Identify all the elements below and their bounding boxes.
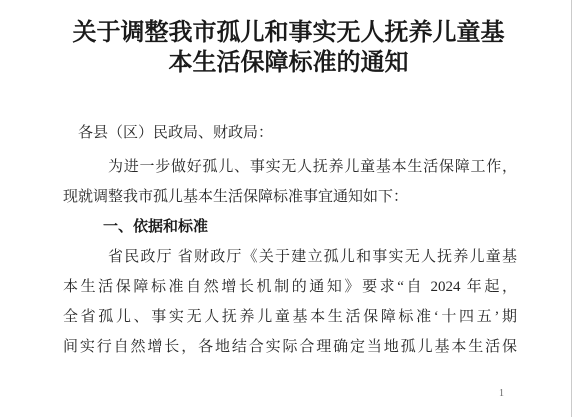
section-heading-1: 一、依据和标准 — [63, 212, 517, 242]
salutation-line: 各县（区）民政局、财政局： — [63, 118, 517, 148]
paragraph2-line2: 本生活保障标准自然增长机制的通知》要求“自 2024 年起， — [63, 272, 517, 302]
page-title: 关于调整我市孤儿和事实无人抚养儿童基 本生活保障标准的通知 — [0, 18, 577, 78]
paragraph2-line3: 全省孤儿、事实无人抚养儿童基本生活保障标准‘十四五’期 — [63, 302, 517, 332]
paragraph2-line1: 省民政厅 省财政厅《关于建立孤儿和事实无人抚养儿童基 — [63, 242, 517, 272]
document-body: 各县（区）民政局、财政局： 为进一步做好孤儿、事实无人抚养儿童基本生活保障工作，… — [63, 118, 517, 362]
paragraph1-line2: 现就调整我市孤儿基本生活保障标准事宜通知如下： — [63, 182, 517, 212]
page-edge-line — [571, 0, 572, 417]
document-page: 关于调整我市孤儿和事实无人抚养儿童基 本生活保障标准的通知 各县（区）民政局、财… — [0, 0, 577, 417]
paragraph1-line1: 为进一步做好孤儿、事实无人抚养儿童基本生活保障工作， — [63, 152, 517, 182]
page-title-line-2: 本生活保障标准的通知 — [0, 48, 577, 78]
paragraph2-line4: 间实行自然增长，各地结合实际合理确定当地孤儿基本生活保 — [63, 332, 517, 362]
page-number: 1 — [499, 388, 504, 400]
page-title-line-1: 关于调整我市孤儿和事实无人抚养儿童基 — [0, 18, 577, 48]
